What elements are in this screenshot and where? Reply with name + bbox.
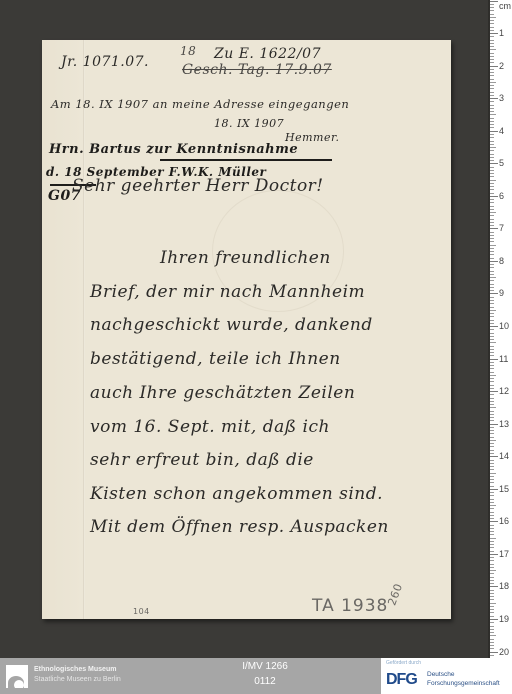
ruler-tick [490, 541, 494, 542]
ruler-tick [490, 629, 494, 630]
ruler-tick [490, 596, 494, 597]
ruler-tick [490, 154, 494, 155]
ruler-tick [490, 456, 498, 457]
ruler-tick [490, 505, 496, 506]
ruler-tick [490, 586, 498, 587]
ruler-tick [490, 40, 494, 41]
ruler-tick [490, 62, 494, 63]
ruler-tick [490, 391, 498, 392]
ruler-tick [490, 398, 494, 399]
ruler-tick [490, 440, 496, 441]
ruler-tick [490, 7, 494, 8]
struck-business-line: Gesch. Tag. 17.9.07 [182, 62, 332, 78]
ruler-tick [490, 17, 496, 18]
ruler-tick [490, 46, 494, 47]
body-line: Brief, der mir nach Mannheim [90, 282, 365, 302]
reference-number: Jr. 1071.07. [61, 54, 149, 70]
ruler-tick [490, 525, 494, 526]
ruler-tick [490, 645, 494, 646]
page-number: 0112 [200, 676, 330, 687]
ruler-tick [490, 349, 494, 350]
inventory-number: I/MV 1266 [200, 661, 330, 672]
ruler-tick [490, 518, 494, 519]
ruler-tick [490, 4, 494, 5]
ruler-tick [490, 180, 496, 181]
ruler-tick [490, 212, 496, 213]
ruler-tick [490, 228, 498, 229]
ruler-tick [490, 603, 496, 604]
ruler-tick [490, 534, 494, 535]
ruler-tick [490, 235, 494, 236]
ruler-tick [490, 492, 494, 493]
ruler-tick [490, 593, 494, 594]
ruler-tick [490, 346, 494, 347]
ruler-tick [490, 176, 494, 177]
ruler-tick [490, 69, 494, 70]
ruler-tick [490, 619, 498, 620]
ruler-tick [490, 85, 494, 86]
ruler-tick [490, 616, 494, 617]
ruler-tick [490, 241, 494, 242]
ruler-tick [490, 333, 494, 334]
ruler-tick [490, 127, 494, 128]
ruler-tick [490, 43, 494, 44]
ruler-tick [490, 167, 494, 168]
ruler-tick [490, 14, 494, 15]
ruler-tick [490, 463, 494, 464]
ruler-tick [490, 10, 494, 11]
body-line: Kisten schon angekommen sind. [90, 484, 383, 504]
body-line: sehr erfreut bin, daß die [90, 450, 314, 470]
ruler-tick [490, 407, 496, 408]
ruler-label: 11 [499, 354, 508, 364]
ruler-tick [490, 339, 494, 340]
museum-subtitle: Staatliche Museen zu Berlin [34, 676, 121, 683]
ruler-tick [490, 131, 498, 132]
ruler-tick [490, 163, 498, 164]
ruler-tick [490, 72, 494, 73]
ruler-tick [490, 222, 494, 223]
body-line: vom 16. Sept. mit, daß ich [90, 417, 330, 437]
ruler-tick [490, 144, 494, 145]
ruler-tick [490, 385, 494, 386]
ruler-tick [490, 648, 494, 649]
ruler-tick [490, 206, 494, 207]
ruler-tick [490, 381, 494, 382]
ruler-tick [490, 583, 494, 584]
ruler-tick [490, 473, 496, 474]
ruler-tick [490, 196, 498, 197]
ruler-tick [490, 124, 494, 125]
dfg-name-line2: Forschungsgemeinschaft [427, 680, 500, 687]
fold-line [83, 40, 85, 619]
ruler-tick [490, 75, 494, 76]
ruler-tick [490, 495, 494, 496]
ruler-tick [490, 105, 494, 106]
ruler-tick [490, 652, 498, 653]
ruler-tick [490, 248, 494, 249]
ruler-tick [490, 362, 494, 363]
body-line: Mit dem Öffnen resp. Auspacken [90, 517, 389, 537]
ruler-tick [490, 476, 494, 477]
ruler-tick [490, 489, 498, 490]
ruler-tick [490, 521, 498, 522]
ruler-tick [490, 23, 494, 24]
ruler-tick [490, 612, 494, 613]
dfg-name-line1: Deutsche [427, 671, 454, 678]
ruler-tick [490, 642, 494, 643]
ruler-tick [490, 101, 494, 102]
ruler-tick [490, 479, 494, 480]
ruler-tick [490, 238, 494, 239]
ruler-tick [490, 320, 494, 321]
ruler-tick [490, 53, 494, 54]
ruler-tick [490, 36, 494, 37]
rotated-number: 260 [385, 582, 405, 608]
funded-by-label: Gefördert durch [386, 660, 421, 666]
ruler-tick [490, 66, 498, 67]
ruler-tick [490, 404, 494, 405]
ruler-label: 2 [499, 61, 504, 71]
ruler-tick [490, 193, 494, 194]
ruler-tick [490, 232, 494, 233]
ruler-label: 13 [499, 419, 509, 429]
ruler-tick [490, 639, 494, 640]
body-line: bestätigend, teile ich Ihnen [90, 349, 341, 369]
ruler-label: 4 [499, 126, 504, 136]
ruler-label: 6 [499, 191, 504, 201]
museum-logo-icon [6, 665, 28, 688]
ruler-tick [490, 111, 494, 112]
ruler-tick [490, 189, 494, 190]
ruler-tick [490, 443, 494, 444]
ruler-tick [490, 258, 494, 259]
ruler-tick [490, 261, 498, 262]
ruler-label: 7 [499, 223, 504, 233]
ruler-label: 14 [499, 451, 509, 461]
ruler-tick [490, 499, 494, 500]
ruler-tick [490, 251, 494, 252]
pencil-number: 104 [133, 607, 150, 616]
ruler-tick [490, 388, 494, 389]
ruler-tick [490, 551, 494, 552]
ruler-tick [490, 414, 494, 415]
ruler-tick [490, 599, 494, 600]
received-date: 18. IX 1907 [214, 117, 284, 130]
paper-margin-shade [42, 40, 84, 619]
ruler-tick [490, 1, 498, 2]
ruler-tick [490, 277, 496, 278]
ruler-tick [490, 368, 494, 369]
ruler-tick [490, 378, 494, 379]
ruler-tick [490, 287, 494, 288]
ruler-tick [490, 271, 494, 272]
ruler-tick [490, 147, 496, 148]
ruler-tick [490, 59, 494, 60]
ruler-tick [490, 570, 496, 571]
ruler-tick [490, 554, 498, 555]
ruler-tick [490, 280, 494, 281]
ruler-label: 5 [499, 158, 504, 168]
ruler-tick [490, 417, 494, 418]
ruler-tick [490, 307, 494, 308]
ruler-tick [490, 336, 494, 337]
ruler-tick [490, 297, 494, 298]
ruler-tick [490, 433, 494, 434]
ruler-label: 10 [499, 321, 509, 331]
ruler-tick [490, 121, 494, 122]
ruler-tick [490, 95, 494, 96]
ruler-tick [490, 482, 494, 483]
ruler-tick [490, 313, 494, 314]
ruler-tick [490, 150, 494, 151]
ruler-label: 3 [499, 93, 504, 103]
ruler-label: 17 [499, 549, 509, 559]
ruler-tick [490, 137, 494, 138]
ruler-tick [490, 329, 494, 330]
ruler-tick [490, 114, 496, 115]
ruler-tick [490, 88, 494, 89]
ruler-tick [490, 544, 494, 545]
ruler-tick [490, 27, 494, 28]
ruler-tick [490, 225, 494, 226]
ruler-tick [490, 141, 494, 142]
ruler-tick [490, 531, 494, 532]
ruler-tick [490, 466, 494, 467]
ruler-tick [490, 355, 494, 356]
ruler-tick [490, 547, 494, 548]
ruler-label: 8 [499, 256, 504, 266]
ruler-unit-label: cm [499, 1, 511, 11]
ruler-tick [490, 538, 496, 539]
ruler-tick [490, 453, 494, 454]
received-note: Am 18. IX 1907 an meine Adresse eingegan… [51, 97, 349, 111]
ruler-tick [490, 450, 494, 451]
ruler-tick [490, 30, 494, 31]
ruler-tick [490, 274, 494, 275]
footer-bar: Ethnologisches Museum Staatliche Museen … [0, 658, 512, 694]
ruler-tick [490, 411, 494, 412]
ruler-tick [490, 219, 494, 220]
ruler-tick [490, 199, 494, 200]
ruler-tick [490, 202, 494, 203]
ruler-tick [490, 622, 494, 623]
ruler-tick [490, 98, 498, 99]
ruler-tick [490, 460, 494, 461]
ruler-tick [490, 160, 494, 161]
museum-name: Ethnologisches Museum [34, 666, 116, 673]
ruler-tick [490, 512, 494, 513]
ruler-tick [490, 486, 494, 487]
ruler-tick [490, 394, 494, 395]
ruler-tick [490, 303, 494, 304]
ruler-tick [490, 420, 494, 421]
ruler-tick [490, 577, 494, 578]
letter-page: Jr. 1071.07. 18 Zu E. 1622/07 Gesch. Tag… [42, 40, 451, 619]
archive-number: TA 1938 [312, 596, 388, 616]
ruler-tick [490, 183, 494, 184]
ruler-tick [490, 590, 494, 591]
ruler-tick [490, 49, 496, 50]
ruler-label: 12 [499, 386, 509, 396]
ruler-tick [490, 655, 494, 656]
ruler-tick [490, 606, 494, 607]
ruler-tick [490, 310, 496, 311]
body-line: auch Ihre geschätzten Zeilen [90, 383, 355, 403]
ruler-tick [490, 108, 494, 109]
ruler-tick [490, 264, 494, 265]
ruler-label: 1 [499, 28, 504, 38]
ruler-tick [490, 82, 496, 83]
ruler-tick [490, 427, 494, 428]
ruler-label: 9 [499, 288, 504, 298]
ruler-tick [490, 92, 494, 93]
ruler-tick [490, 20, 494, 21]
ruler-tick [490, 567, 494, 568]
ruler-tick [490, 186, 494, 187]
cm-ruler: cm 1234567891011121314151617181920 [488, 0, 512, 658]
ruler-tick [490, 170, 494, 171]
ruler-tick [490, 33, 498, 34]
ruler-tick [490, 580, 494, 581]
ruler-tick [490, 557, 494, 558]
body-line: nachgeschickt wurde, dankend [90, 315, 373, 335]
ruler-label: 16 [499, 516, 509, 526]
ruler-tick [490, 560, 494, 561]
ruler-tick [490, 293, 498, 294]
ruler-tick [490, 365, 494, 366]
ruler-tick [490, 446, 494, 447]
salutation: Sehr geehrter Herr Doctor! [72, 176, 324, 196]
ruler-tick [490, 573, 494, 574]
ruler-tick [490, 326, 498, 327]
ruler-tick [490, 401, 494, 402]
ruler-tick [490, 79, 494, 80]
ruler-tick [490, 56, 494, 57]
ruler-tick [490, 134, 494, 135]
ruler-tick [490, 254, 494, 255]
ruler-tick [490, 626, 494, 627]
ruler-tick [490, 342, 496, 343]
dfg-logo-icon: DFG [386, 671, 417, 689]
ruler-label: 18 [499, 581, 509, 591]
ruler-label: 15 [499, 484, 509, 494]
ruler-label: 20 [499, 647, 509, 657]
logo-wave-curl [14, 680, 24, 688]
journal-number: Zu E. 1622/07 [214, 46, 321, 62]
ruler-tick [490, 515, 494, 516]
body-line: Ihren freundlichen [160, 248, 331, 268]
ruler-tick [490, 267, 494, 268]
ruler-tick [490, 157, 494, 158]
ruler-tick [490, 300, 494, 301]
ruler-tick [490, 245, 496, 246]
ruler-tick [490, 502, 494, 503]
ruler-tick [490, 284, 494, 285]
ruler-tick [490, 118, 494, 119]
dfg-panel: Gefördert durch DFG Deutsche Forschungsg… [381, 658, 512, 694]
ruler-tick [490, 352, 494, 353]
ruler-tick [490, 290, 494, 291]
ruler-tick [490, 635, 496, 636]
ruler-tick [490, 209, 494, 210]
ruler-tick [490, 609, 494, 610]
ruler-tick [490, 469, 494, 470]
ruler-tick [490, 323, 494, 324]
ruler-label: 19 [499, 614, 509, 624]
forward-underline-1 [160, 159, 332, 161]
ruler-tick [490, 508, 494, 509]
ruler-tick [490, 173, 494, 174]
ruler-tick [490, 564, 494, 565]
ruler-tick [490, 424, 498, 425]
ruler-tick [490, 215, 494, 216]
top-number: 18 [180, 44, 196, 58]
ruler-tick [490, 528, 494, 529]
forward-note-line1: Hrn. Bartus zur Kenntnisnahme [49, 142, 298, 157]
ruler-tick [490, 632, 494, 633]
ruler-tick [490, 372, 494, 373]
ruler-tick [490, 375, 496, 376]
ruler-tick [490, 316, 494, 317]
ruler-tick [490, 430, 494, 431]
ruler-tick [490, 359, 498, 360]
ruler-tick [490, 437, 494, 438]
